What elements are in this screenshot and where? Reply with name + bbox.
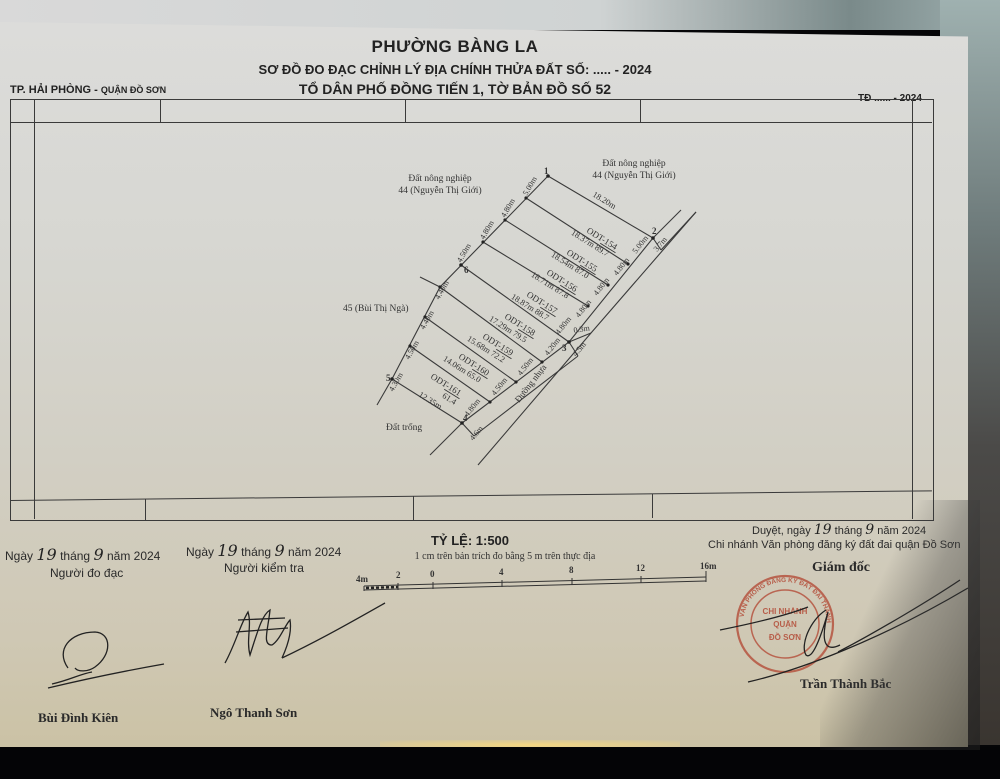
signature-surveyor [48,632,164,688]
neighbor-owner: 44 (Nguyễn Thị Giới) [398,185,481,196]
back-width-label: 5.00m [521,174,539,197]
point-label: 6 [464,265,469,275]
checker-name: Ngô Thanh Sơn [210,705,297,721]
edge-length: 18.20m [591,189,619,211]
scale-bar: 4m20481216m [356,561,717,591]
front-width-label: 4.50m [489,375,509,397]
stamp-center-text: ĐỒ SƠN [769,632,801,642]
scale-tick: 4 [499,567,504,577]
neighbor-owner: 44 (Nguyễn Thị Giới) [592,170,675,181]
neighbor-label: Đất nông nghiệp [408,173,472,184]
vacant-land-label: Đất trống [386,422,422,433]
checker-month: 9 [274,541,284,560]
parcel-edge [548,176,653,238]
svg-text:VĂN PHÒNG ĐĂNG KÝ ĐẤT ĐAI THÀN: VĂN PHÒNG ĐĂNG KÝ ĐẤT ĐAI THÀNH PHỐ [0,0,833,625]
stamp-center-text: QUẬN [773,620,797,629]
neighbor-owner: 45 (Bùi Thị Ngà) [343,303,409,314]
parcel-length: 12.35m [417,389,444,411]
scale-tick: 4m [356,574,369,584]
road-offset: 0.3m [573,323,591,335]
scale-tick: 12 [636,563,646,573]
back-width-label: 4.50m [455,241,473,264]
surveyor-role: Người đo đạc [50,566,123,580]
official-stamp: VĂN PHÒNG ĐĂNG KÝ ĐẤT ĐAI THÀNH PHỐ CHI … [0,0,833,672]
back-width-label: 4.50m [403,338,421,361]
neighbor-label: Đất nông nghiệp [602,158,666,169]
point-label: 2 [652,226,657,236]
stamp-ring-text: VĂN PHÒNG ĐĂNG KÝ ĐẤT ĐAI THÀNH PHỐ [0,0,833,625]
back-width-label: 4.40m [418,308,436,331]
scale-tick: 16m [700,561,717,571]
signature-checker [225,603,385,663]
surveyor-name: Bùi Đình Kiên [38,710,118,726]
surveyor-month: 9 [93,545,103,564]
checker-day: 19 [217,541,237,560]
surveyor-day: 19 [36,545,56,564]
scale-description: 1 cm trên bản trích đo bằng 5 m trên thự… [340,551,670,562]
scale-tick: 8 [569,565,574,575]
checker-role: Người kiểm tra [224,561,304,575]
scale-tick: 2 [396,570,401,580]
checker-date: Ngày 19 tháng 9 năm 2024 [186,541,341,560]
scale-title: TỶ LỆ: 1:500 [340,533,600,548]
front-width-label: 4.80m [553,314,573,336]
back-width-label: 4.80m [478,218,496,241]
shadow-overlay [820,500,980,750]
scale-tick: 0 [430,569,435,579]
point-label: 3 [562,343,567,353]
surveyor-year: 2024 [134,549,161,563]
road-offset: 4.5m [571,339,589,358]
checker-year: 2024 [315,545,342,559]
back-width-label: 4.40m [433,278,451,301]
surveyor-date: Ngày 19 tháng 9 năm 2024 [5,545,160,564]
road-offset: 4.6m [468,423,486,442]
point-label: 1 [544,166,549,176]
back-width-label: 4.80m [499,196,517,219]
front-width-label: 4.80m [611,255,631,277]
